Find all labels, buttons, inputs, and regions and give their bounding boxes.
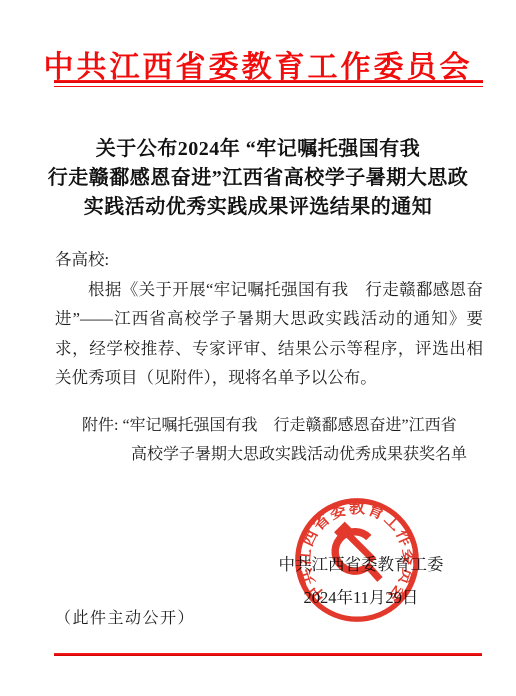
- signature-block: 中共江西省委教育工委 2024年11月29日: [253, 548, 469, 614]
- attachment-label: 附件:: [82, 417, 118, 434]
- document-title-line-1: 关于公布2024年 “牢记嘱托强国有我: [10, 135, 506, 164]
- body-paragraph: 根据《关于开展“牢记嘱托强国有我 行走赣鄱感恩奋进”——江西省高校学子暑期大思政…: [55, 275, 483, 393]
- document-title-line-3: 实践活动优秀实践成果评选结果的通知: [10, 193, 506, 222]
- letterhead-rule-thick: [54, 80, 483, 83]
- document-title: 关于公布2024年 “牢记嘱托强国有我 行走赣鄱感恩奋进”江西省高校学子暑期大思…: [10, 135, 506, 222]
- official-document-page: 中共江西省委教育工作委员会 关于公布2024年 “牢记嘱托强国有我 行走赣鄱感恩…: [0, 0, 516, 696]
- attachment-text: “牢记嘱托强国有我 行走赣鄱感恩奋进”江西省高校学子暑期大思政实践活动优秀成果获…: [122, 417, 467, 463]
- signature-date: 2024年11月29日: [253, 581, 469, 614]
- document-title-line-2: 行走赣鄱感恩奋进”江西省高校学子暑期大思政: [10, 164, 506, 193]
- attachment-note: 附件: “牢记嘱托强国有我 行走赣鄱感恩奋进”江西省高校学子暑期大思政实践活动优…: [82, 411, 468, 469]
- body-text: 各高校: 根据《关于开展“牢记嘱托强国有我 行走赣鄱感恩奋进”——江西省高校学子…: [55, 245, 483, 393]
- footer-rule: [54, 653, 482, 656]
- salutation: 各高校:: [55, 245, 483, 275]
- letterhead-rule-thin: [54, 86, 483, 87]
- signature-org: 中共江西省委教育工委: [253, 548, 469, 581]
- public-disclosure-note: （此件主动公开）: [55, 605, 195, 628]
